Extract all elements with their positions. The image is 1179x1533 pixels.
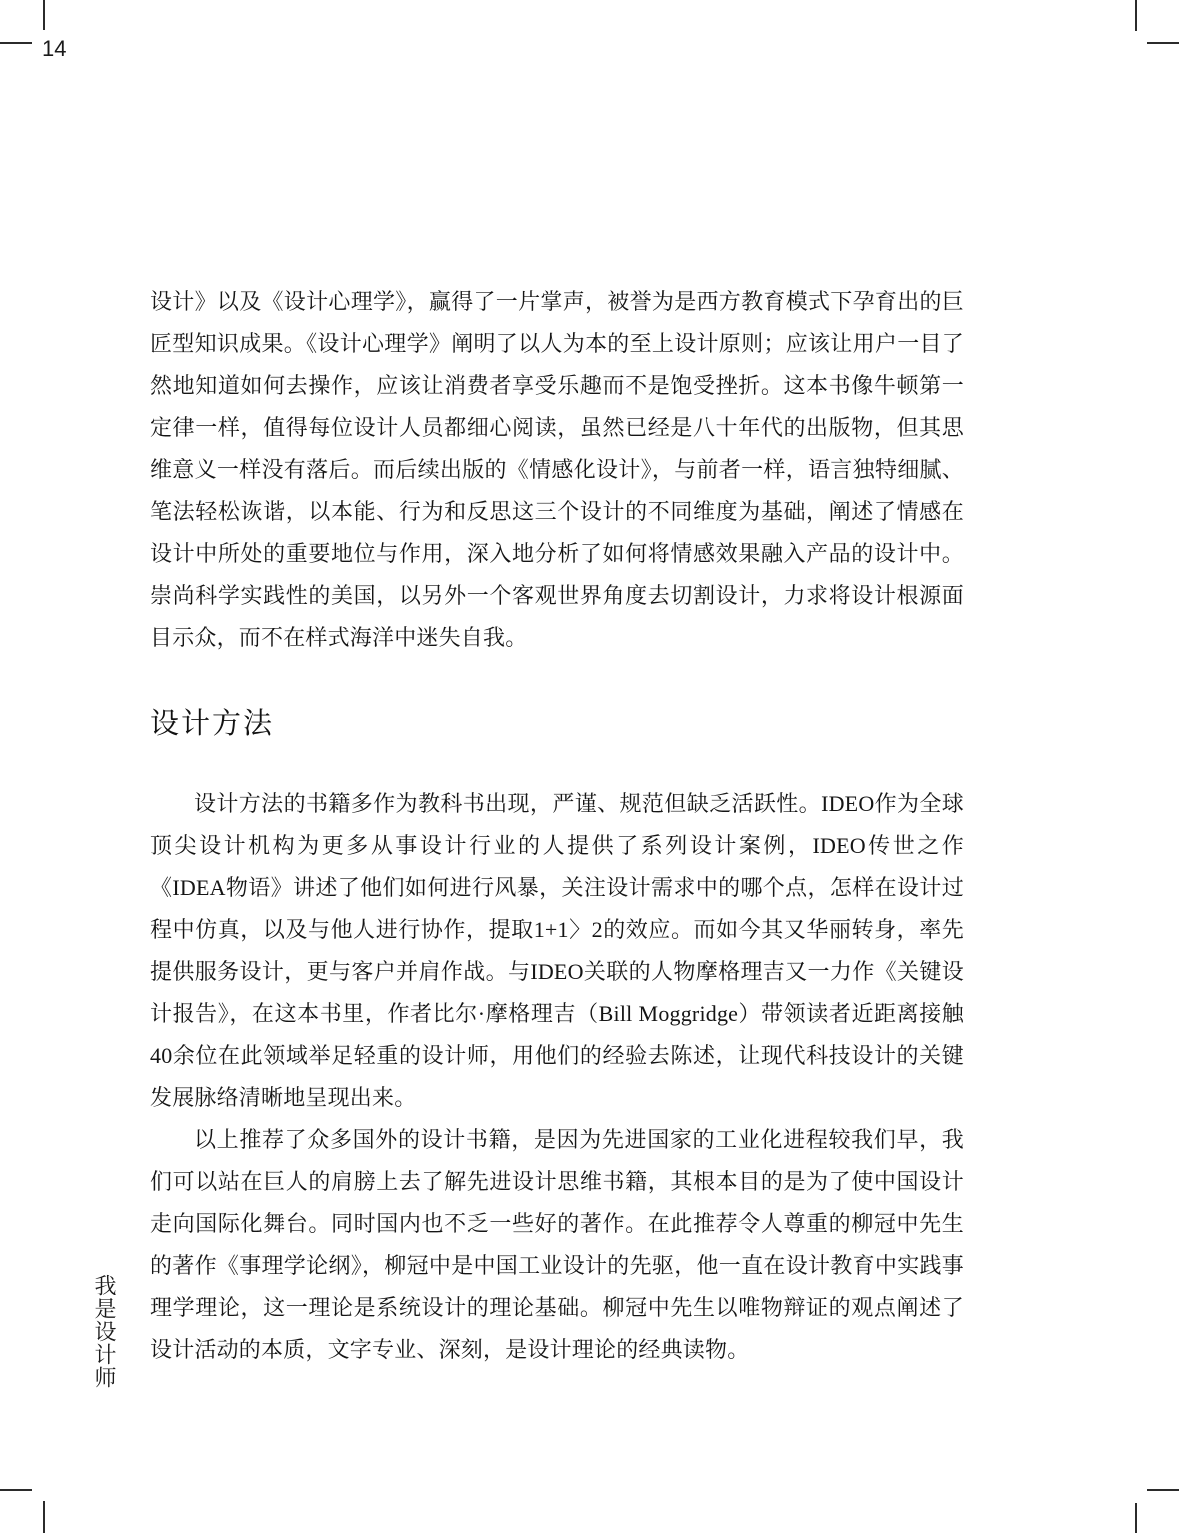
- crop-mark-top-left-vertical: [43, 0, 45, 30]
- section-heading: 设计方法: [150, 705, 964, 743]
- crop-mark-bottom-left-vertical: [43, 1501, 45, 1533]
- crop-mark-bottom-right-horizontal: [1147, 1489, 1179, 1491]
- body-paragraph-continuation: 设计》以及《设计心理学》，赢得了一片掌声，被誉为是西方教育模式下孕育出的巨匠型知…: [150, 281, 964, 659]
- crop-mark-top-right-horizontal: [1147, 42, 1179, 44]
- spine-vertical-title: 我是设计师: [89, 1274, 120, 1389]
- text-column: 设计》以及《设计心理学》，赢得了一片掌声，被誉为是西方教育模式下孕育出的巨匠型知…: [150, 281, 964, 1371]
- crop-mark-bottom-left-horizontal: [0, 1489, 32, 1491]
- body-paragraph-domestic-books: 以上推荐了众多国外的设计书籍，是因为先进国家的工业化进程较我们早，我们可以站在巨…: [150, 1119, 964, 1371]
- crop-mark-bottom-right-vertical: [1135, 1503, 1137, 1533]
- book-page: { "page": { "background": "#ffffff", "te…: [0, 0, 1179, 1533]
- crop-mark-top-right-vertical: [1135, 0, 1137, 31]
- crop-mark-top-left-horizontal: [0, 42, 32, 44]
- page-number: 14: [42, 36, 66, 62]
- body-paragraph-design-methods: 设计方法的书籍多作为教科书出现，严谨、规范但缺乏活跃性。IDEO作为全球顶尖设计…: [150, 783, 964, 1119]
